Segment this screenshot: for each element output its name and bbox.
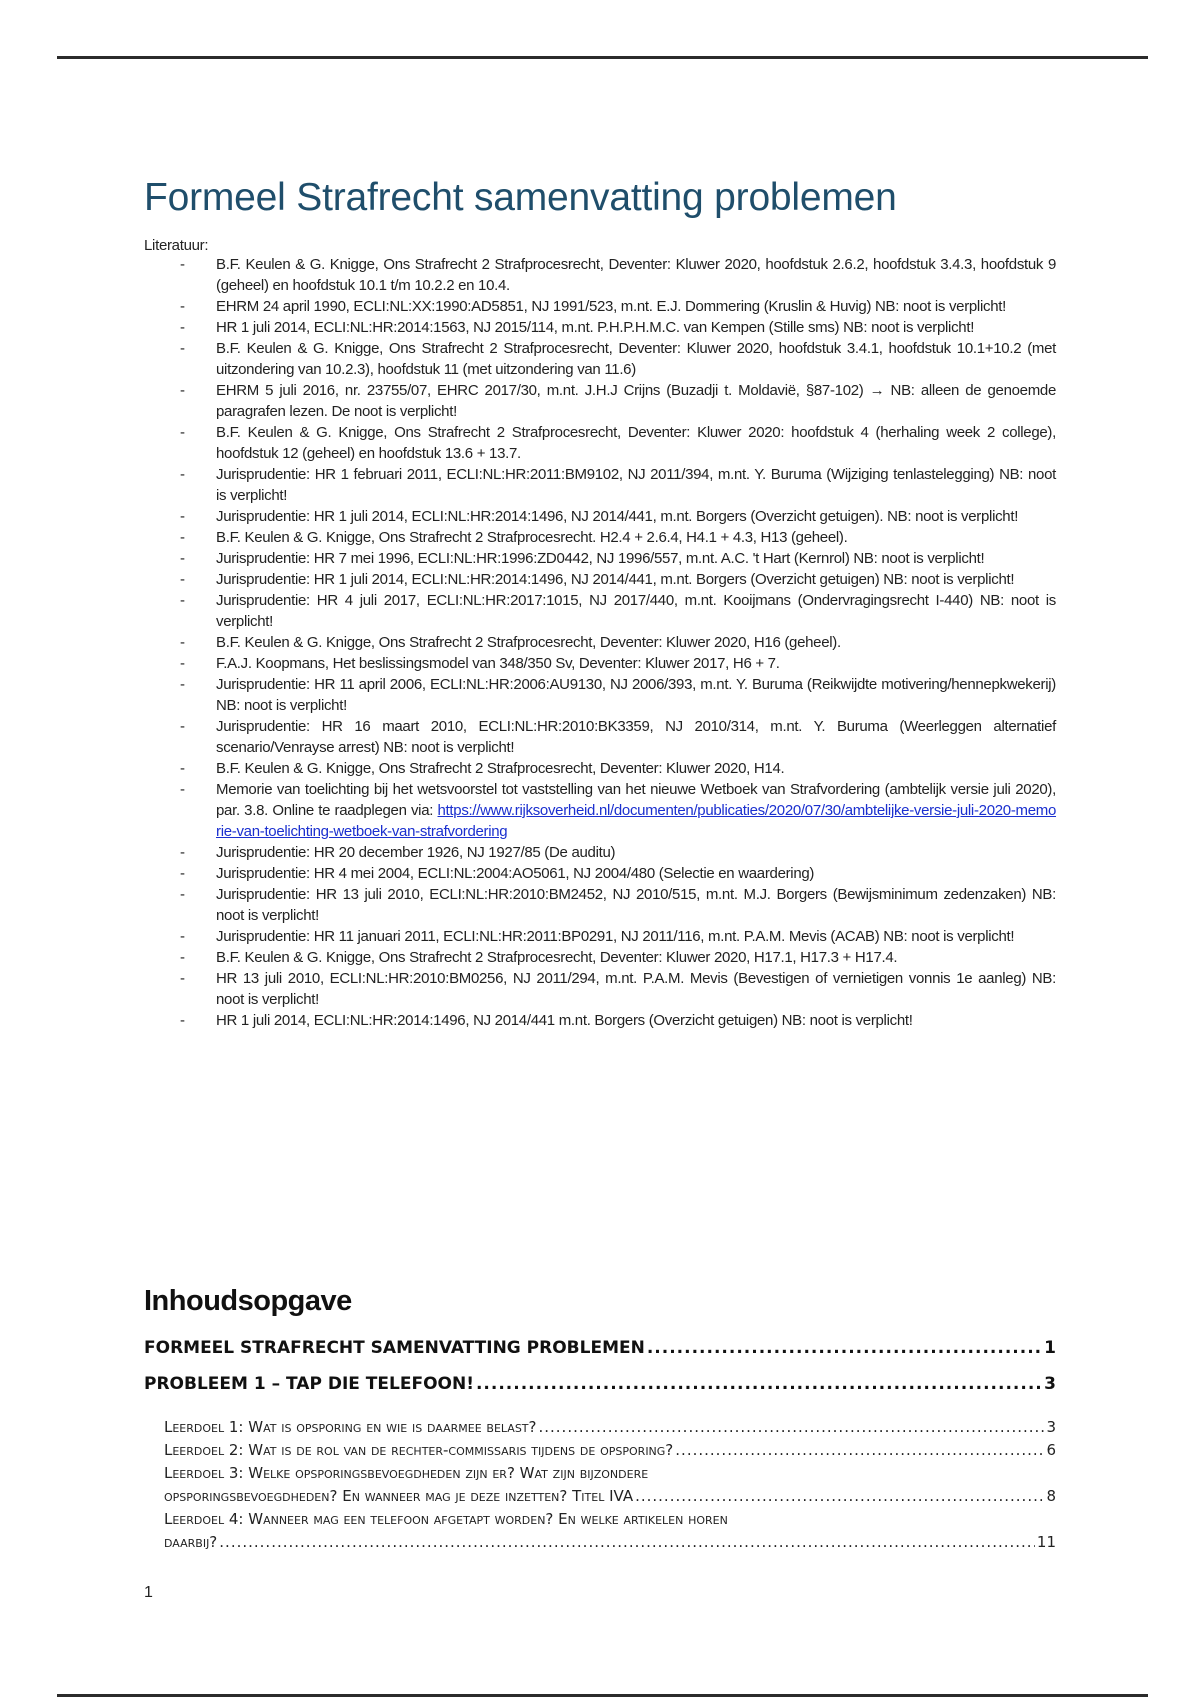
list-item: HR 13 juli 2010, ECLI:NL:HR:2010:BM0256,… — [144, 968, 1056, 1010]
list-item-memorie: Memorie van toelichting bij het wetsvoor… — [144, 779, 1056, 842]
list-item: B.F. Keulen & G. Knigge, Ons Strafrecht … — [144, 338, 1056, 380]
toc-entry-text: Leerdoel 3: Welke opsporingsbevoegdheden… — [164, 1462, 1056, 1485]
toc-entry-text: FORMEEL STRAFRECHT SAMENVATTING PROBLEME… — [144, 1338, 645, 1358]
toc-title: Inhoudsopgave — [144, 1285, 352, 1318]
literature-label: Literatuur: — [144, 237, 208, 254]
header-rule — [57, 56, 1148, 59]
document-title: Formeel Strafrecht samenvatting probleme… — [144, 176, 897, 220]
list-item: Jurisprudentie: HR 1 februari 2011, ECLI… — [144, 464, 1056, 506]
toc-leader — [476, 1374, 1042, 1394]
toc-page-number: 3 — [1044, 1374, 1056, 1394]
page-number: 1 — [144, 1584, 153, 1602]
list-item: B.F. Keulen & G. Knigge, Ons Strafrecht … — [144, 254, 1056, 296]
list-item: B.F. Keulen & G. Knigge, Ons Strafrecht … — [144, 947, 1056, 968]
table-of-contents: FORMEEL STRAFRECHT SAMENVATTING PROBLEME… — [144, 1338, 1056, 1554]
toc-page-number: 6 — [1046, 1439, 1056, 1462]
toc-leader — [635, 1485, 1044, 1508]
toc-leader — [675, 1439, 1044, 1462]
list-item: Jurisprudentie: HR 16 maart 2010, ECLI:N… — [144, 716, 1056, 758]
list-item: EHRM 24 april 1990, ECLI:NL:XX:1990:AD58… — [144, 296, 1056, 317]
toc-entry-text: daarbij? — [164, 1531, 217, 1554]
toc-entry-formeel-strafrecht[interactable]: FORMEEL STRAFRECHT SAMENVATTING PROBLEME… — [144, 1338, 1056, 1374]
toc-entry-leerdoel-2[interactable]: Leerdoel 2: Wat is de rol van de rechter… — [144, 1439, 1056, 1462]
toc-page-number: 11 — [1037, 1531, 1056, 1554]
toc-entry-leerdoel-1[interactable]: Leerdoel 1: Wat is opsporing en wie is d… — [144, 1416, 1056, 1439]
toc-page-number: 1 — [1044, 1338, 1056, 1358]
list-item: Jurisprudentie: HR 4 juli 2017, ECLI:NL:… — [144, 590, 1056, 632]
list-item: B.F. Keulen & G. Knigge, Ons Strafrecht … — [144, 527, 1056, 548]
toc-entry-text: Leerdoel 1: Wat is opsporing en wie is d… — [164, 1416, 536, 1439]
list-item: B.F. Keulen & G. Knigge, Ons Strafrecht … — [144, 422, 1056, 464]
footer-rule — [57, 1694, 1148, 1697]
toc-leader — [219, 1531, 1035, 1554]
literature-list: B.F. Keulen & G. Knigge, Ons Strafrecht … — [144, 254, 1056, 1031]
toc-leader — [647, 1338, 1042, 1358]
list-item: Jurisprudentie: HR 13 juli 2010, ECLI:NL… — [144, 884, 1056, 926]
list-item: Jurisprudentie: HR 20 december 1926, NJ … — [144, 842, 1056, 863]
toc-entry-probleem-1[interactable]: PROBLEEM 1 – TAP DIE TELEFOON! 3 — [144, 1374, 1056, 1410]
toc-entry-leerdoel-4[interactable]: Leerdoel 4: Wanneer mag een telefoon afg… — [144, 1508, 1056, 1554]
list-item: EHRM 5 juli 2016, nr. 23755/07, EHRC 201… — [144, 380, 1056, 422]
list-item: Jurisprudentie: HR 7 mei 1996, ECLI:NL:H… — [144, 548, 1056, 569]
list-item: Jurisprudentie: HR 4 mei 2004, ECLI:NL:2… — [144, 863, 1056, 884]
list-item: Jurisprudentie: HR 11 januari 2011, ECLI… — [144, 926, 1056, 947]
list-item: B.F. Keulen & G. Knigge, Ons Strafrecht … — [144, 758, 1056, 779]
toc-page-number: 8 — [1046, 1485, 1056, 1508]
toc-page-number: 3 — [1046, 1416, 1056, 1439]
list-item: F.A.J. Koopmans, Het beslissingsmodel va… — [144, 653, 1056, 674]
toc-leader — [538, 1416, 1044, 1439]
list-item: Jurisprudentie: HR 1 juli 2014, ECLI:NL:… — [144, 569, 1056, 590]
toc-entry-leerdoel-3[interactable]: Leerdoel 3: Welke opsporingsbevoegdheden… — [144, 1462, 1056, 1508]
list-item: Jurisprudentie: HR 1 juli 2014, ECLI:NL:… — [144, 506, 1056, 527]
list-item: HR 1 juli 2014, ECLI:NL:HR:2014:1563, NJ… — [144, 317, 1056, 338]
toc-entry-text: Leerdoel 2: Wat is de rol van de rechter… — [164, 1439, 673, 1462]
toc-entry-text: Leerdoel 4: Wanneer mag een telefoon afg… — [164, 1508, 1056, 1531]
list-item: Jurisprudentie: HR 11 april 2006, ECLI:N… — [144, 674, 1056, 716]
list-item: HR 1 juli 2014, ECLI:NL:HR:2014:1496, NJ… — [144, 1010, 1056, 1031]
toc-entry-text: opsporingsbevoegdheden? En wanneer mag j… — [164, 1485, 633, 1508]
list-item: B.F. Keulen & G. Knigge, Ons Strafrecht … — [144, 632, 1056, 653]
toc-entry-text: PROBLEEM 1 – TAP DIE TELEFOON! — [144, 1374, 474, 1394]
